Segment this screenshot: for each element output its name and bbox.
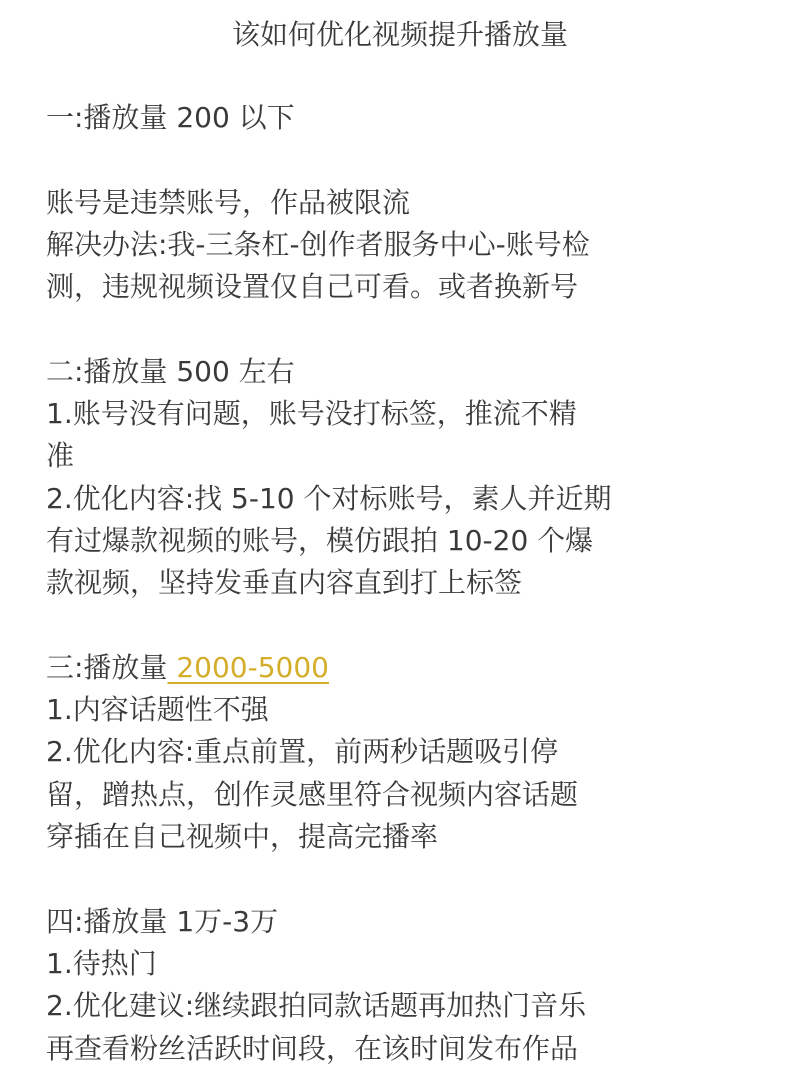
page-title: 该如何优化视频提升播放量	[0, 14, 800, 56]
spacer	[46, 139, 776, 181]
section-2-line: 有过爆款视频的账号，模仿跟拍 10-20 个爆	[46, 520, 776, 562]
section-1-heading: 一:播放量 200 以下	[46, 97, 776, 139]
section-2-line: 1.账号没有问题，账号没打标签，推流不精	[46, 393, 776, 435]
section-2-line: 准	[46, 435, 776, 477]
section-3-heading-prefix: 三:播放量	[46, 651, 167, 684]
section-3-heading: 三:播放量 2000-5000	[46, 647, 776, 689]
spacer	[46, 605, 776, 647]
section-2-line: 2.优化内容:找 5-10 个对标账号，素人并近期	[46, 478, 776, 520]
section-3-line: 穿插在自己视频中，提高完播率	[46, 816, 776, 858]
section-3-line: 2.优化内容:重点前置，前两秒话题吸引停	[46, 731, 776, 773]
section-4-line: 再查看粉丝活跃时间段，在该时间发布作品	[46, 1028, 776, 1069]
section-1-line: 解决办法:我-三条杠-创作者服务中心-账号检	[46, 224, 776, 266]
article-body: 一:播放量 200 以下 账号是违禁账号，作品被限流 解决办法:我-三条杠-创作…	[46, 97, 776, 1069]
section-1-line: 账号是违禁账号，作品被限流	[46, 182, 776, 224]
section-4-line: 2.优化建议:继续跟拍同款话题再加热门音乐	[46, 985, 776, 1027]
section-2-line: 款视频，坚持发垂直内容直到打上标签	[46, 562, 776, 604]
spacer	[46, 308, 776, 350]
play-count-range-link[interactable]: 2000-5000	[167, 651, 329, 684]
section-2-heading: 二:播放量 500 左右	[46, 351, 776, 393]
section-3-line: 留，蹭热点，创作灵感里符合视频内容话题	[46, 774, 776, 816]
section-4-line: 1.待热门	[46, 943, 776, 985]
section-3-line: 1.内容话题性不强	[46, 689, 776, 731]
section-1-line: 测，违规视频设置仅自己可看。或者换新号	[46, 266, 776, 308]
spacer	[46, 858, 776, 900]
section-4-heading: 四:播放量 1万-3万	[46, 901, 776, 943]
